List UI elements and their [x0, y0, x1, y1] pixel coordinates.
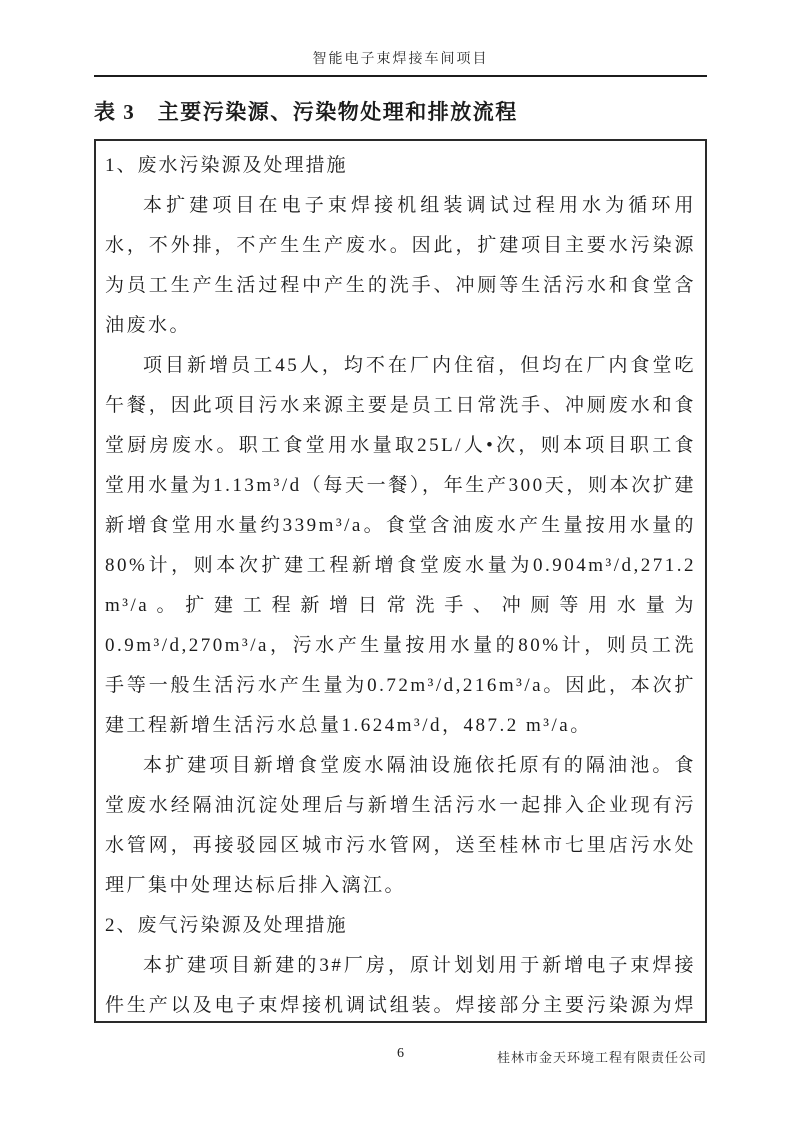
page-header-title: 智能电子束焊接车间项目	[94, 48, 707, 77]
section-1-heading: 1、废水污染源及处理措施	[105, 146, 696, 186]
section-2-heading: 2、废气污染源及处理措施	[105, 906, 696, 946]
table-box: 1、废水污染源及处理措施 本扩建项目在电子束焊接机组装调试过程用水为循环用水，不…	[94, 139, 707, 1023]
section-1-paragraph-1: 本扩建项目在电子束焊接机组装调试过程用水为循环用水，不外排，不产生生产废水。因此…	[105, 186, 696, 346]
section-2-paragraph-1: 本扩建项目新建的3#厂房，原计划划用于新增电子束焊接件生产以及电子束焊接机调试组…	[105, 946, 696, 1023]
document-page: 智能电子束焊接车间项目 表 3 主要污染源、污染物处理和排放流程 1、废水污染源…	[0, 0, 800, 1131]
section-1-paragraph-3: 本扩建项目新增食堂废水隔油设施依托原有的隔油池。食堂废水经隔油沉淀处理后与新增生…	[105, 746, 696, 906]
footer-company: 桂林市金天环境工程有限责任公司	[497, 1047, 707, 1066]
table-title: 表 3 主要污染源、污染物处理和排放流程	[94, 96, 707, 126]
section-1-paragraph-2: 项目新增员工45人，均不在厂内住宿，但均在厂内食堂吃午餐，因此项目污水来源主要是…	[105, 346, 696, 746]
